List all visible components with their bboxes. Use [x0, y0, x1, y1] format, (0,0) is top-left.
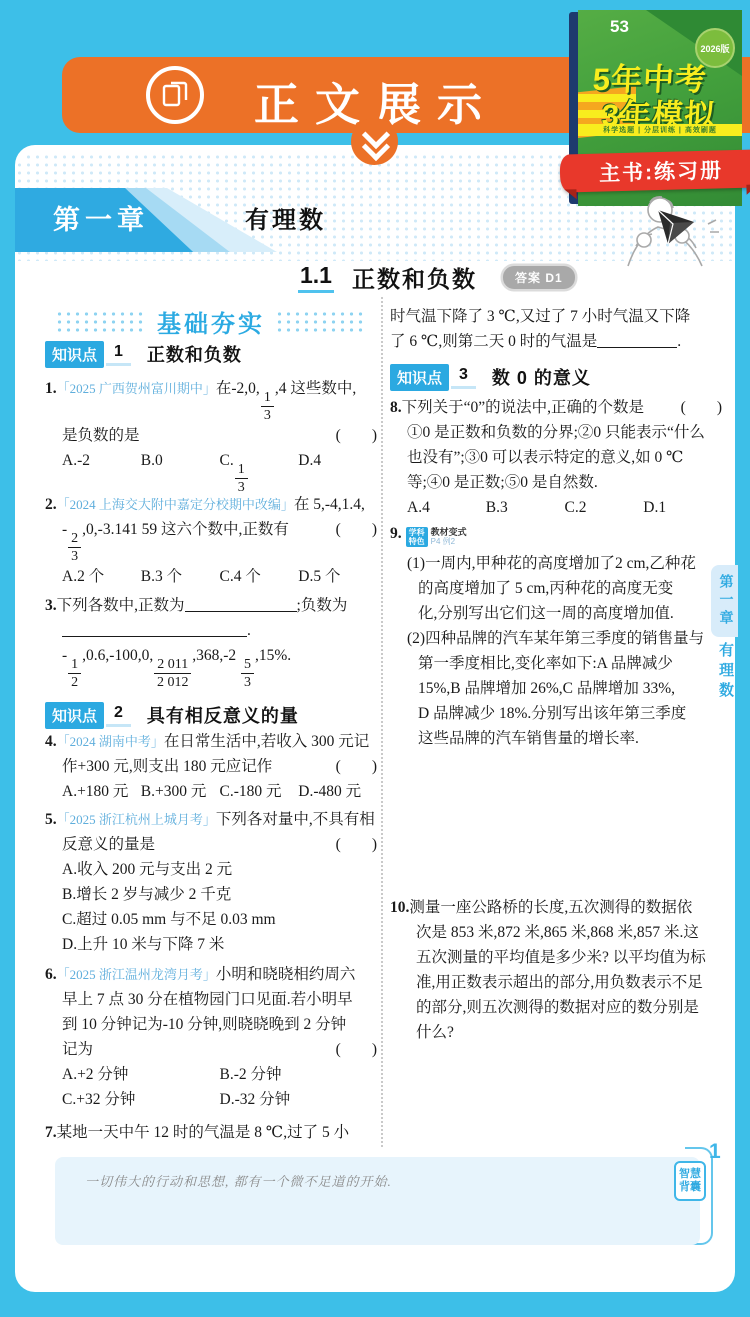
text-line: 8.下列关于“0”的说法中,正确的个数是( ) [390, 395, 722, 420]
text-line: B.增长 2 岁与减少 2 千克 [45, 882, 377, 907]
mascot-illustration [600, 194, 730, 273]
text-line: 2.「2024 上海交大附中嘉定分校期中改编」在 5,-4,1.4, [45, 492, 377, 517]
basics-heading: 基础夯实 [45, 304, 377, 339]
section-title: 正数和负数 [352, 261, 477, 294]
text-line: 3.下列各数中,正数为;负数为 [45, 593, 377, 618]
text-line: -12,0.6,-100,0,2 0112 012,368,-2 53,15%. [45, 643, 377, 690]
knowledge-point-3: 知识点 3 数 0 的意义 [390, 365, 591, 389]
sidebar-chapter-label: 第一章 [715, 574, 735, 628]
book-tagline: 科学选题 | 分层训练 | 高效刷题 [578, 124, 742, 136]
section-header: 1.1 正数和负数 答案 D1 [298, 261, 575, 294]
text-line: 作+300 元,则支出 180 元应记作( ) [45, 754, 377, 779]
question-3: 3.下列各数中,正数为;负数为.-12,0.6,-100,0,2 0112 01… [45, 593, 377, 690]
question-2: 2.「2024 上海交大附中嘉定分校期中改编」在 5,-4,1.4,-23,0,… [45, 492, 377, 589]
question-8: 8.下列关于“0”的说法中,正确的个数是( )①0 是正数和负数的分界;②0 只… [390, 395, 722, 520]
ribbon-banner: 主书:练习册 [560, 149, 750, 192]
chapter-title: 有理数 [245, 200, 326, 235]
text-line: 第一季度相比,变化率如下:A 品牌减少 [407, 651, 722, 676]
question-number: 9. [390, 525, 402, 543]
text-line: A.+180 元B.+300 元C.-180 元D.-480 元 [45, 779, 377, 804]
text-line: (2)四种品牌的汽车某年第三季度的销售量与 [407, 626, 722, 651]
text-line: . [45, 618, 377, 643]
section-number: 1.1 [298, 262, 334, 293]
text-line: 到 10 分钟记为-10 分钟,则晓晓晚到 2 分钟 [45, 1012, 377, 1037]
text-line: A.4B.3C.2D.1 [390, 495, 722, 520]
brand-logo: 53 [610, 17, 629, 37]
answer-badge: 答案 D1 [503, 266, 575, 289]
page-number: 1 [709, 1140, 721, 1164]
text-line: 等;④0 是正数;⑤0 是自然数. [390, 470, 722, 495]
sidebar-chapter-tab: 第一章 [711, 565, 738, 637]
text-line: 了 6 ℃,则第二天 0 时的气温是. [390, 329, 722, 354]
text-line: C.超过 0.05 mm 与不足 0.03 mm [45, 907, 377, 932]
knowledge-point-2: 知识点 2 具有相反意义的量 [45, 703, 299, 727]
text-line: 五次测量的平均值是多少米? 以平均值为标 [390, 945, 722, 970]
kp-number: 1 [106, 343, 131, 366]
text-line: (1)一周内,甲种花的高度增加了2 cm,乙种花 [407, 551, 722, 576]
text-line: 5.「2025 浙江杭州上城月考」下列各对量中,不具有相 [45, 807, 377, 832]
dots-decoration [275, 310, 367, 334]
question-9-header: 9. 学科 特色 教材变式 P4 例2 [390, 525, 467, 547]
quote-box: 一切伟大的行动和思想, 都有一个微不足道的开始. [55, 1157, 700, 1245]
text-line: 4.「2024 湖南中考」在日常生活中,若收入 300 元记 [45, 729, 377, 754]
kp-badge: 知识点 [390, 364, 449, 391]
feature-tag-label: 学科 特色 [406, 527, 428, 547]
text-line: 的高度增加了 5 cm,丙种花的高度无变 [407, 576, 722, 601]
wisdom-line1: 智慧 [679, 1168, 701, 1181]
text-line: A.收入 200 元与支出 2 元 [45, 857, 377, 882]
text-line: 是负数的是( ) [45, 423, 377, 448]
quote-text: 一切伟大的行动和思想, 都有一个微不足道的开始. [85, 1171, 392, 1190]
text-line: 早上 7 点 30 分在植物园门口见面.若小明早 [45, 987, 377, 1012]
text-line: 化,分别写出它们这一周的高度增加值. [407, 601, 722, 626]
text-line: 的部分,则五次测得的数据对应的数分别是 [390, 995, 722, 1020]
kp-number: 3 [451, 366, 476, 389]
text-line: A.-2B.0C.13D.4 [45, 448, 377, 495]
chapter-label: 第一章 [53, 198, 149, 237]
dots-decoration [55, 310, 147, 334]
text-line: A.+2 分钟B.-2 分钟 [45, 1062, 377, 1087]
sidebar-subject-label: 有理数 [715, 642, 736, 702]
feature-tag: 学科 特色 教材变式 P4 例2 [406, 527, 467, 547]
text-line: 1.「2025 广西贺州富川期中」在-2,0,13,4 这些数中, [45, 376, 377, 423]
book-cover: 53 2026版 5年中考 3年模拟 科学选题 | 分层训练 | 高效刷题 主书… [578, 10, 742, 206]
text-line: C.+32 分钟D.-32 分钟 [45, 1087, 377, 1112]
question-10: 10.测量一座公路桥的长度,五次测得的数据依次是 853 米,872 米,865… [390, 895, 722, 1045]
text-line: 次是 853 米,872 米,865 米,868 米,857 米.这 [390, 920, 722, 945]
text-line: -23,0,-3.141 59 这六个数中,正数有( ) [45, 517, 377, 564]
text-line: D.上升 10 米与下降 7 米 [45, 932, 377, 957]
wisdom-line2: 背囊 [679, 1181, 701, 1194]
question-9: (1)一周内,甲种花的高度增加了2 cm,乙种花的高度增加了 5 cm,丙种花的… [407, 551, 722, 751]
question-1: 1.「2025 广西贺州富川期中」在-2,0,13,4 这些数中,是负数的是( … [45, 376, 377, 495]
kp-title: 数 0 的意义 [492, 364, 591, 390]
chevron-down-icon [351, 118, 398, 165]
question-7-continued: 时气温下降了 3 ℃,又过了 7 小时气温又下降了 6 ℃,则第二天 0 时的气… [390, 304, 722, 354]
text-line: 准,用正数表示超出的部分,用负数表示不足 [390, 970, 722, 995]
wisdom-badge: 智慧 背囊 [674, 1161, 706, 1201]
kp-title: 具有相反意义的量 [147, 702, 299, 728]
kp-badge: 知识点 [45, 341, 104, 368]
text-line: 15%,B 品牌增加 26%,C 品牌增加 33%, [407, 676, 722, 701]
text-line: 7.某地一天中午 12 时的气温是 8 ℃,过了 5 小 [45, 1120, 377, 1145]
text-line: D 品牌减少 18%.分别写出该年第三季度 [407, 701, 722, 726]
question-6: 6.「2025 浙江温州龙湾月考」小明和晓晓相约周六早上 7 点 30 分在植物… [45, 962, 377, 1112]
text-line: ①0 是正数和负数的分界;②0 只能表示“什么 [390, 420, 722, 445]
text-line: 6.「2025 浙江温州龙湾月考」小明和晓晓相约周六 [45, 962, 377, 987]
text-line: 反意义的量是( ) [45, 832, 377, 857]
question-7: 7.某地一天中午 12 时的气温是 8 ℃,过了 5 小 [45, 1120, 377, 1145]
workbook-page: 第一章 有理数 1.1 正数和负数 答案 D1 基础夯实 知识点 1 正数和负数… [15, 145, 735, 1292]
basics-heading-text: 基础夯实 [157, 304, 265, 339]
text-line: A.2 个B.3 个C.4 个D.5 个 [45, 564, 377, 589]
question-4: 4.「2024 湖南中考」在日常生活中,若收入 300 元记作+300 元,则支… [45, 729, 377, 804]
pages-icon [146, 66, 204, 124]
kp-badge: 知识点 [45, 702, 104, 729]
text-line: 时气温下降了 3 ℃,又过了 7 小时气温又下降 [390, 304, 722, 329]
text-line: 这些品牌的汽车销售量的增长率. [407, 726, 722, 751]
feature-tag-detail: 教材变式 P4 例2 [431, 527, 467, 547]
text-line: 也没有”;③0 可以表示特定的意义,如 0 ℃ [390, 445, 722, 470]
question-5: 5.「2025 浙江杭州上城月考」下列各对量中,不具有相反意义的量是( )A.收… [45, 807, 377, 957]
kp-number: 2 [106, 704, 131, 727]
column-divider [381, 297, 383, 1147]
knowledge-point-1: 知识点 1 正数和负数 [45, 342, 242, 366]
kp-title: 正数和负数 [147, 341, 242, 367]
text-line: 10.测量一座公路桥的长度,五次测得的数据依 [390, 895, 722, 920]
text-line: 什么? [390, 1020, 722, 1045]
text-line: 记为( ) [45, 1037, 377, 1062]
